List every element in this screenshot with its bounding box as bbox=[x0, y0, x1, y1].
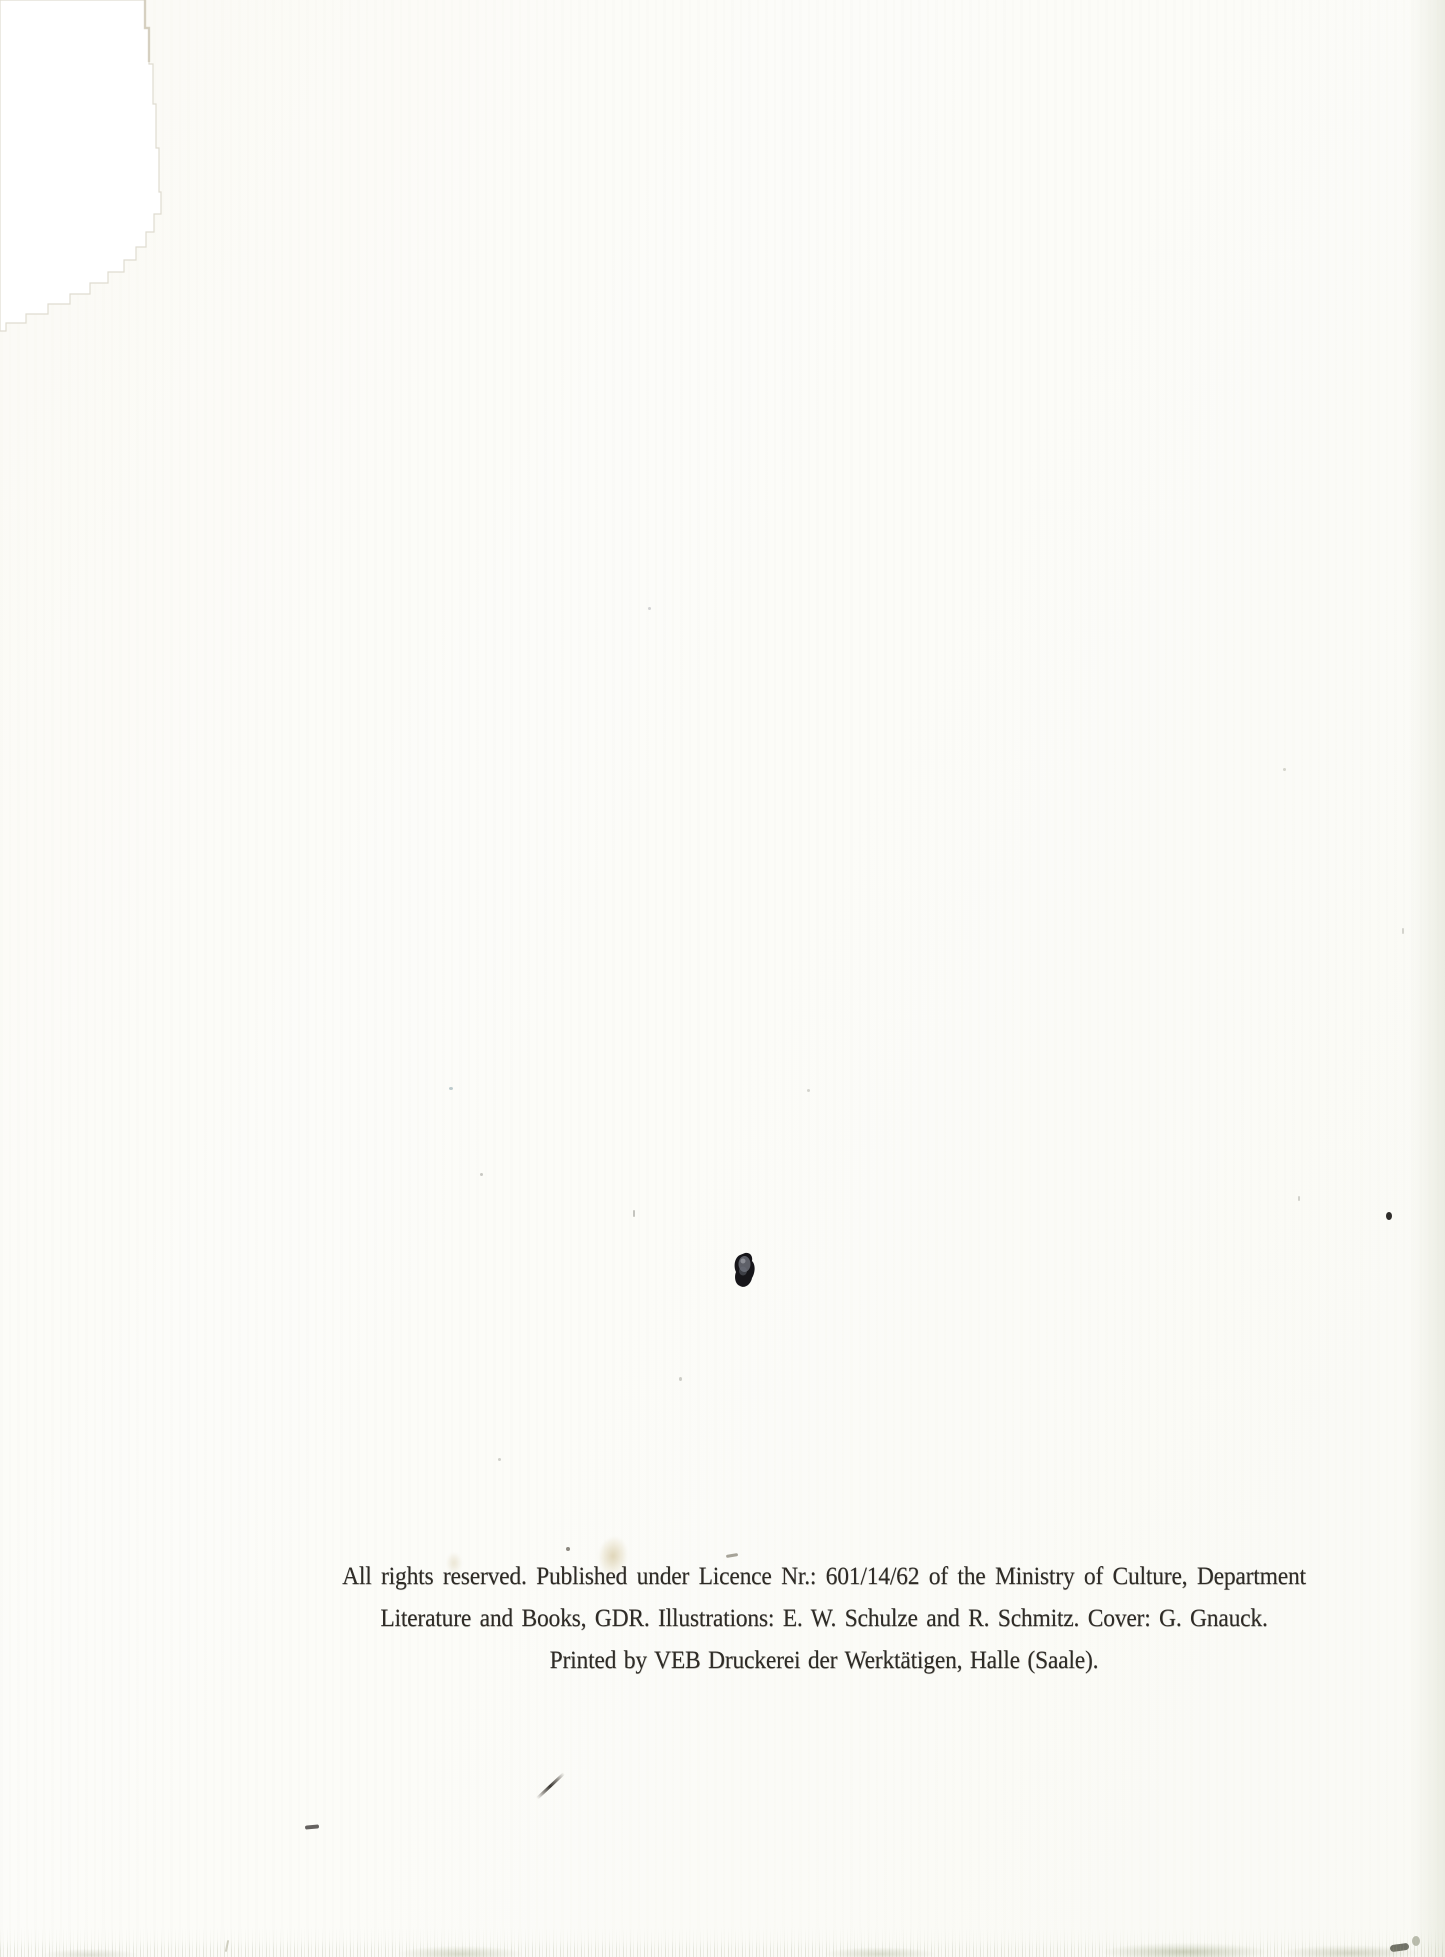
dust-speck bbox=[679, 1377, 682, 1381]
dust-speck bbox=[633, 1210, 635, 1217]
colophon-line-3: Printed by VEB Druckerei der Werktätigen… bbox=[330, 1640, 1319, 1682]
ink-dot-right bbox=[1386, 1212, 1392, 1220]
dust-speck bbox=[1402, 928, 1404, 934]
dust-speck bbox=[807, 1089, 810, 1092]
dust-speck bbox=[1283, 768, 1286, 771]
pen-slash-mark bbox=[536, 1772, 565, 1799]
dust-speck bbox=[1298, 1196, 1300, 1201]
scanned-page: All rights reserved. Published under Lic… bbox=[0, 0, 1445, 1957]
colophon-text-block: All rights reserved. Published under Lic… bbox=[298, 1556, 1350, 1682]
page-edge-shape bbox=[0, 0, 161, 331]
tiny-ink-dot bbox=[566, 1547, 570, 1551]
faint-paper-stain bbox=[446, 1552, 462, 1574]
small-dash-mark bbox=[305, 1824, 319, 1829]
right-scan-edge-band bbox=[1409, 0, 1445, 1957]
dust-speck bbox=[480, 1173, 483, 1176]
torn-page-edge-artifact bbox=[0, 0, 200, 345]
ink-blot-mark bbox=[732, 1251, 758, 1291]
dust-speck bbox=[648, 607, 651, 610]
colophon-line-2: Literature and Books, GDR. Illustrations… bbox=[330, 1598, 1319, 1640]
next-page-fringe bbox=[0, 1927, 1445, 1957]
colophon-line-1: All rights reserved. Published under Lic… bbox=[330, 1556, 1319, 1598]
dust-speck bbox=[449, 1087, 453, 1090]
dust-speck bbox=[498, 1458, 501, 1461]
